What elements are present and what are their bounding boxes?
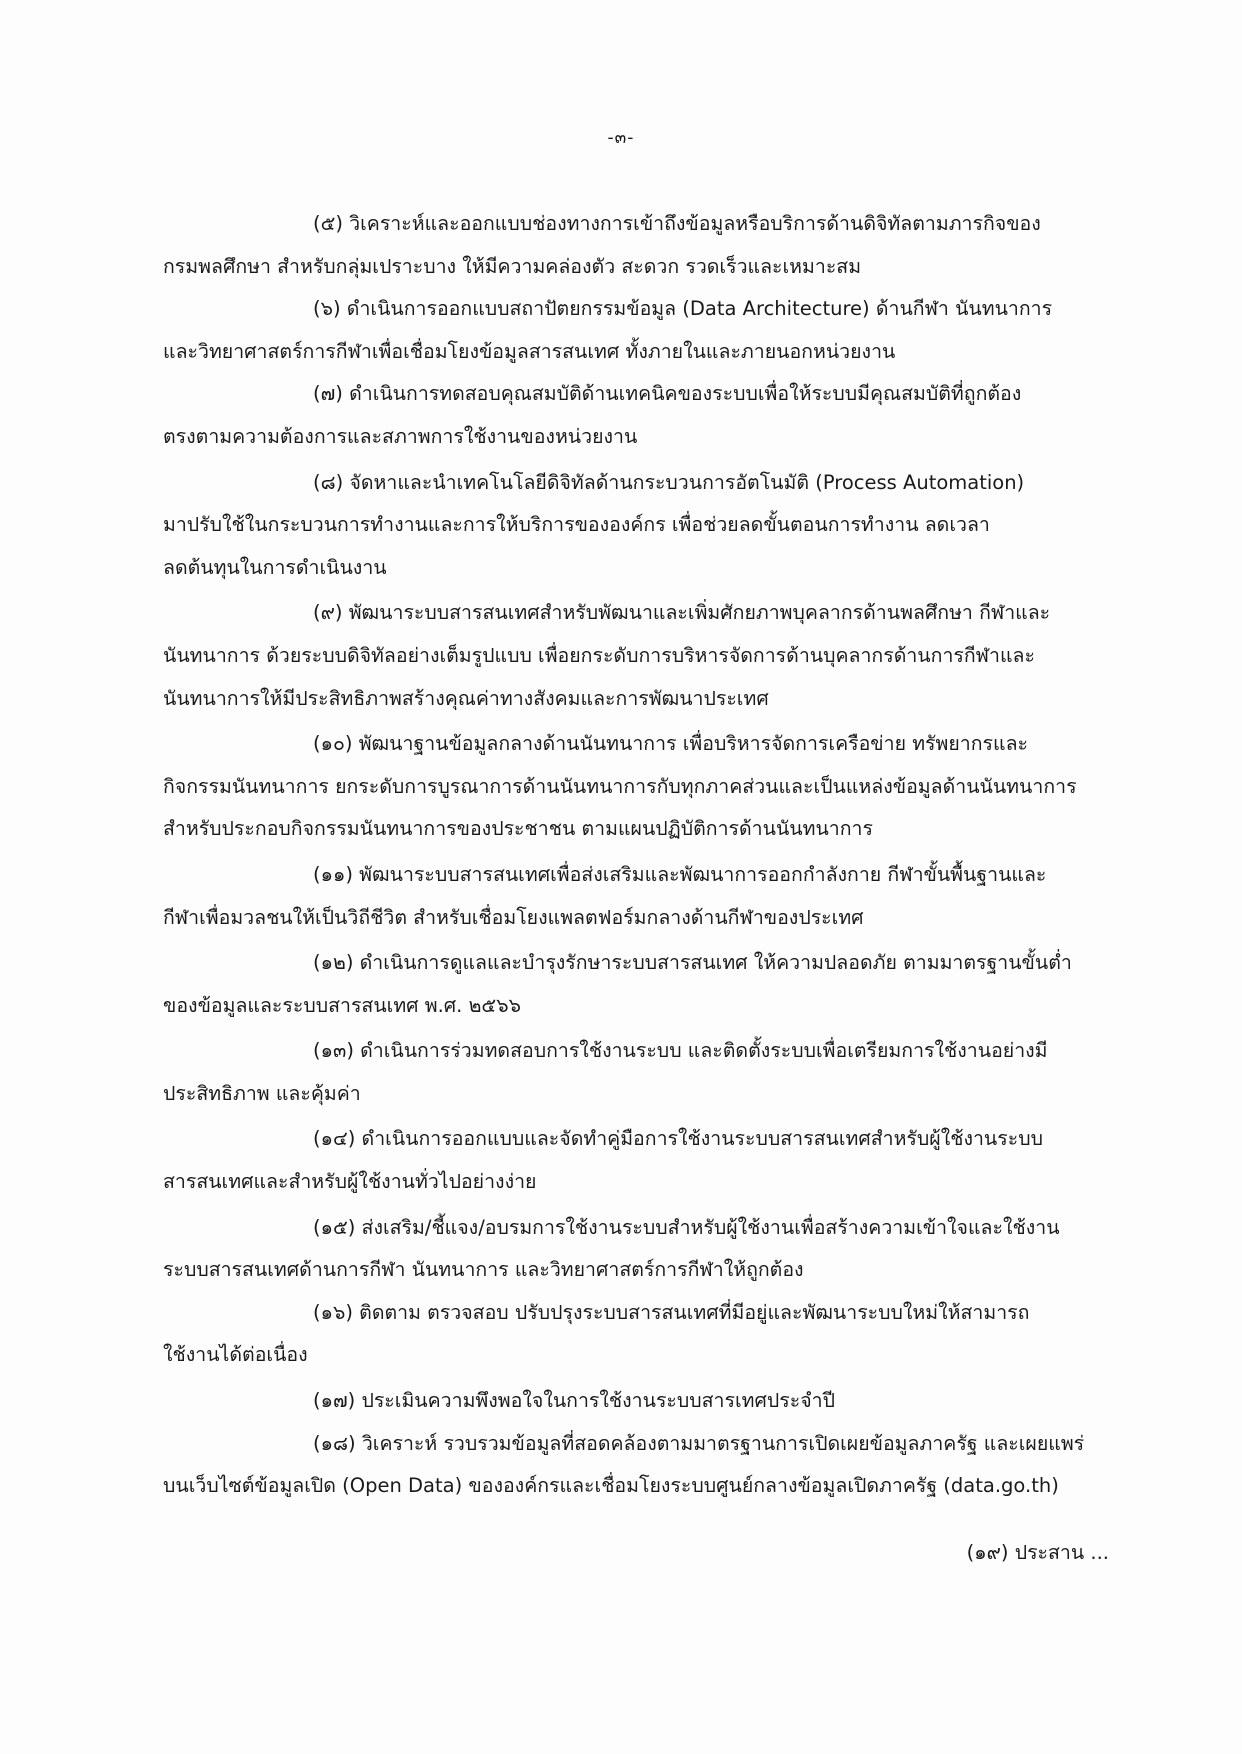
paragraph-10: (๑๐) พัฒนาฐานข้อมูลกลางด้านนันทนาการ เพื… bbox=[163, 723, 1108, 851]
paragraph-line: กิจกรรมนันทนาการ ยกระดับการบูรณาการด้านน… bbox=[163, 766, 1108, 809]
paragraph-line: (๑๑) พัฒนาระบบสารสนเทศเพื่อส่งเสริมและพั… bbox=[163, 854, 1108, 897]
paragraph-5: (๕) วิเคราะห์และออกแบบช่องทางการเข้าถึงข… bbox=[163, 203, 1108, 288]
document-body: (๕) วิเคราะห์และออกแบบช่องทางการเข้าถึงข… bbox=[163, 203, 1108, 1508]
paragraph-line: บนเว็บไซต์ข้อมูลเปิด (Open Data) ขององค์… bbox=[163, 1465, 1108, 1508]
paragraph-14: (๑๔) ดำเนินการออกแบบและจัดทำคู่มือการใช้… bbox=[163, 1118, 1108, 1203]
paragraph-line: (๑๕) ส่งเสริม/ชี้แจง/อบรมการใช้งานระบบสำ… bbox=[163, 1207, 1108, 1250]
paragraph-6: (๖) ดำเนินการออกแบบสถาปัตยกรรมข้อมูล (Da… bbox=[163, 288, 1108, 373]
paragraph-line: (๕) วิเคราะห์และออกแบบช่องทางการเข้าถึงข… bbox=[163, 203, 1108, 246]
paragraph-line: นันทนาการ ด้วยระบบดิจิทัลอย่างเต็มรูปแบบ… bbox=[163, 635, 1108, 678]
paragraph-line: สารสนเทศและสำหรับผู้ใช้งานทั่วไปอย่างง่า… bbox=[163, 1161, 1108, 1204]
paragraph-line: (๑๓) ดำเนินการร่วมทดสอบการใช้งานระบบ และ… bbox=[163, 1030, 1108, 1073]
paragraph-line: และวิทยาศาสตร์การกีฬาเพื่อเชื่อมโยงข้อมู… bbox=[163, 331, 1108, 374]
paragraph-line: (๑๔) ดำเนินการออกแบบและจัดทำคู่มือการใช้… bbox=[163, 1118, 1108, 1161]
page-number: -๓- bbox=[0, 124, 1242, 151]
paragraph-line: ตรงตามความต้องการและสภาพการใช้งานของหน่ว… bbox=[163, 416, 1108, 459]
paragraph-12: (๑๒) ดำเนินการดูแลและบำรุงรักษาระบบสารสน… bbox=[163, 942, 1108, 1027]
paragraph-line: (๑๖) ติดตาม ตรวจสอบ ปรับปรุงระบบสารสนเทศ… bbox=[163, 1292, 1108, 1335]
paragraph-11: (๑๑) พัฒนาระบบสารสนเทศเพื่อส่งเสริมและพั… bbox=[163, 854, 1108, 939]
paragraph-line: กีฬาเพื่อมวลชนให้เป็นวิถีชีวิต สำหรับเชื… bbox=[163, 897, 1108, 940]
paragraph-16: (๑๖) ติดตาม ตรวจสอบ ปรับปรุงระบบสารสนเทศ… bbox=[163, 1292, 1108, 1377]
paragraph-line: (๑๗) ประเมินความพึงพอใจในการใช้งานระบบสา… bbox=[163, 1380, 1108, 1423]
paragraph-line: นันทนาการให้มีประสิทธิภาพสร้างคุณค่าทางส… bbox=[163, 678, 1108, 721]
paragraph-9: (๙) พัฒนาระบบสารสนเทศสำหรับพัฒนาและเพิ่ม… bbox=[163, 592, 1108, 720]
paragraph-7: (๗) ดำเนินการทดสอบคุณสมบัติด้านเทคนิคของ… bbox=[163, 373, 1108, 458]
paragraph-line: (๙) พัฒนาระบบสารสนเทศสำหรับพัฒนาและเพิ่ม… bbox=[163, 592, 1108, 635]
paragraph-line: ประสิทธิภาพ และคุ้มค่า bbox=[163, 1073, 1108, 1116]
paragraph-line: มาปรับใช้ในกระบวนการทำงานและการให้บริการ… bbox=[163, 504, 1108, 547]
paragraph-8: (๘) จัดหาและนำเทคโนโลยีดิจิทัลด้านกระบวน… bbox=[163, 462, 1108, 590]
paragraph-line: กรมพลศึกษา สำหรับกลุ่มเปราะบาง ให้มีความ… bbox=[163, 246, 1108, 289]
paragraph-line: ใช้งานได้ต่อเนื่อง bbox=[163, 1334, 1108, 1377]
paragraph-18: (๑๘) วิเคราะห์ รวบรวมข้อมูลที่สอดคล้องตา… bbox=[163, 1423, 1108, 1508]
paragraph-line: ลดต้นทุนในการดำเนินงาน bbox=[163, 547, 1108, 590]
paragraph-13: (๑๓) ดำเนินการร่วมทดสอบการใช้งานระบบ และ… bbox=[163, 1030, 1108, 1115]
continuation-note: (๑๙) ประสาน ... bbox=[967, 1538, 1109, 1568]
paragraph-line: ระบบสารสนเทศด้านการกีฬา นันทนาการ และวิท… bbox=[163, 1249, 1108, 1292]
paragraph-17: (๑๗) ประเมินความพึงพอใจในการใช้งานระบบสา… bbox=[163, 1380, 1108, 1423]
paragraph-line: (๑๒) ดำเนินการดูแลและบำรุงรักษาระบบสารสน… bbox=[163, 942, 1108, 985]
paragraph-15: (๑๕) ส่งเสริม/ชี้แจง/อบรมการใช้งานระบบสำ… bbox=[163, 1207, 1108, 1292]
paragraph-line: (๑๐) พัฒนาฐานข้อมูลกลางด้านนันทนาการ เพื… bbox=[163, 723, 1108, 766]
paragraph-line: (๗) ดำเนินการทดสอบคุณสมบัติด้านเทคนิคของ… bbox=[163, 373, 1108, 416]
paragraph-line: (๘) จัดหาและนำเทคโนโลยีดิจิทัลด้านกระบวน… bbox=[163, 462, 1108, 505]
paragraph-line: (๑๘) วิเคราะห์ รวบรวมข้อมูลที่สอดคล้องตา… bbox=[163, 1423, 1108, 1466]
paragraph-line: (๖) ดำเนินการออกแบบสถาปัตยกรรมข้อมูล (Da… bbox=[163, 288, 1108, 331]
document-page: -๓- (๕) วิเคราะห์และออกแบบช่องทางการเข้า… bbox=[0, 0, 1242, 1754]
paragraph-line: ของข้อมูลและระบบสารสนเทศ พ.ศ. ๒๕๖๖ bbox=[163, 985, 1108, 1028]
paragraph-line: สำหรับประกอบกิจกรรมนันทนาการของประชาชน ต… bbox=[163, 808, 1108, 851]
